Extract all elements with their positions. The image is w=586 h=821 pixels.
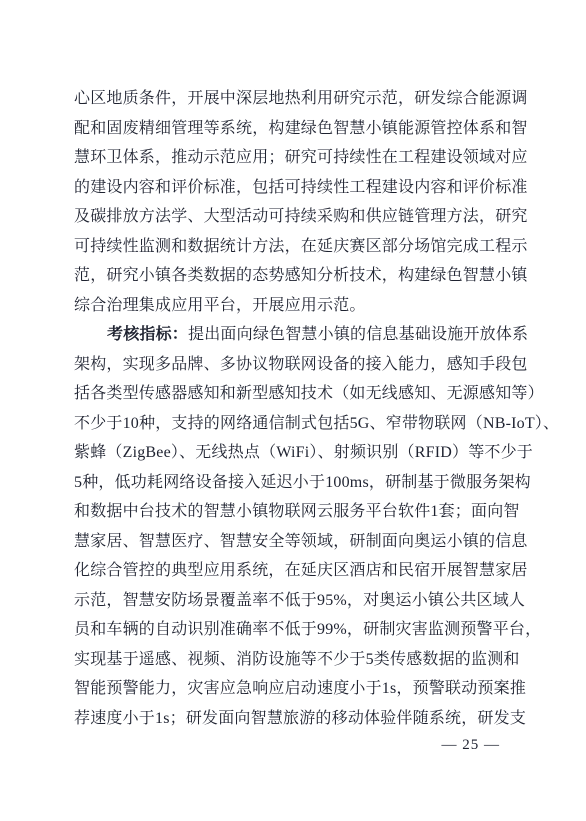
text-line: 紫蜂（ZigBee）、无线热点（WiFi）、射频识别（RFID）等不少于 (74, 438, 514, 468)
text-line: 考核指标：提出面向绿色智慧小镇的信息基础设施开放体系 (74, 320, 514, 350)
text-line: 范，研究小镇各类数据的态势感知分析技术，构建绿色智慧小镇 (74, 261, 514, 291)
text-line: 不少于10种，支持的网络通信制式包括5G、窄带物联网（NB-IoT）、 (74, 409, 514, 439)
text-line: 荐速度小于1s；研发面向智慧旅游的移动体验伴随系统，研发支 (74, 704, 514, 734)
text-line: 化综合管控的典型应用系统，在延庆区酒店和民宿开展智慧家居 (74, 556, 514, 586)
document-page: 心区地质条件，开展中深层地热利用研究示范，研发综合能源调 配和固废精细管理等系统… (0, 0, 586, 821)
text-line: 的建设内容和评价标准，包括可持续性工程建设内容和评价标准 (74, 173, 514, 203)
text-line: 员和车辆的自动识别准确率不低于99%，研制灾害监测预警平台， (74, 615, 514, 645)
text-line: 配和固废精细管理等系统，构建绿色智慧小镇能源管控体系和智 (74, 114, 514, 144)
paragraph-label: 考核指标： (107, 326, 188, 343)
text-line: 示范，智慧安防场景覆盖率不低于95%，对奥运小镇公共区域人 (74, 586, 514, 616)
paragraph-first-line-text: 提出面向绿色智慧小镇的信息基础设施开放体系 (188, 326, 528, 343)
text-line: 实现基于遥感、视频、消防设施等不少于5类传感数据的监测和 (74, 645, 514, 675)
text-line: 和数据中台技术的智慧小镇物联网云服务平台软件1套；面向智 (74, 497, 514, 527)
text-line: 及碳排放方法学、大型活动可持续采购和供应链管理方法，研究 (74, 202, 514, 232)
text-line: 括各类型传感器感知和新型感知技术（如无线感知、无源感知等） (74, 379, 514, 409)
text-line: 心区地质条件，开展中深层地热利用研究示范，研发综合能源调 (74, 84, 514, 114)
page-number: — 25 — (442, 737, 501, 754)
text-line: 综合治理集成应用平台，开展应用示范。 (74, 291, 514, 321)
text-line: 慧环卫体系，推动示范应用；研究可持续性在工程建设领域对应 (74, 143, 514, 173)
body-text: 心区地质条件，开展中深层地热利用研究示范，研发综合能源调 配和固废精细管理等系统… (74, 84, 514, 733)
text-line: 5种，低功耗网络设备接入延迟小于100ms，研制基于微服务架构 (74, 468, 514, 498)
text-line: 可持续性监测和数据统计方法，在延庆赛区部分场馆完成工程示 (74, 232, 514, 262)
text-line: 架构，实现多品牌、多协议物联网设备的接入能力，感知手段包 (74, 350, 514, 380)
text-line: 智能预警能力，灾害应急响应启动速度小于1s，预警联动预案推 (74, 674, 514, 704)
text-line: 慧家居、智慧医疗、智慧安全等领域，研制面向奥运小镇的信息 (74, 527, 514, 557)
